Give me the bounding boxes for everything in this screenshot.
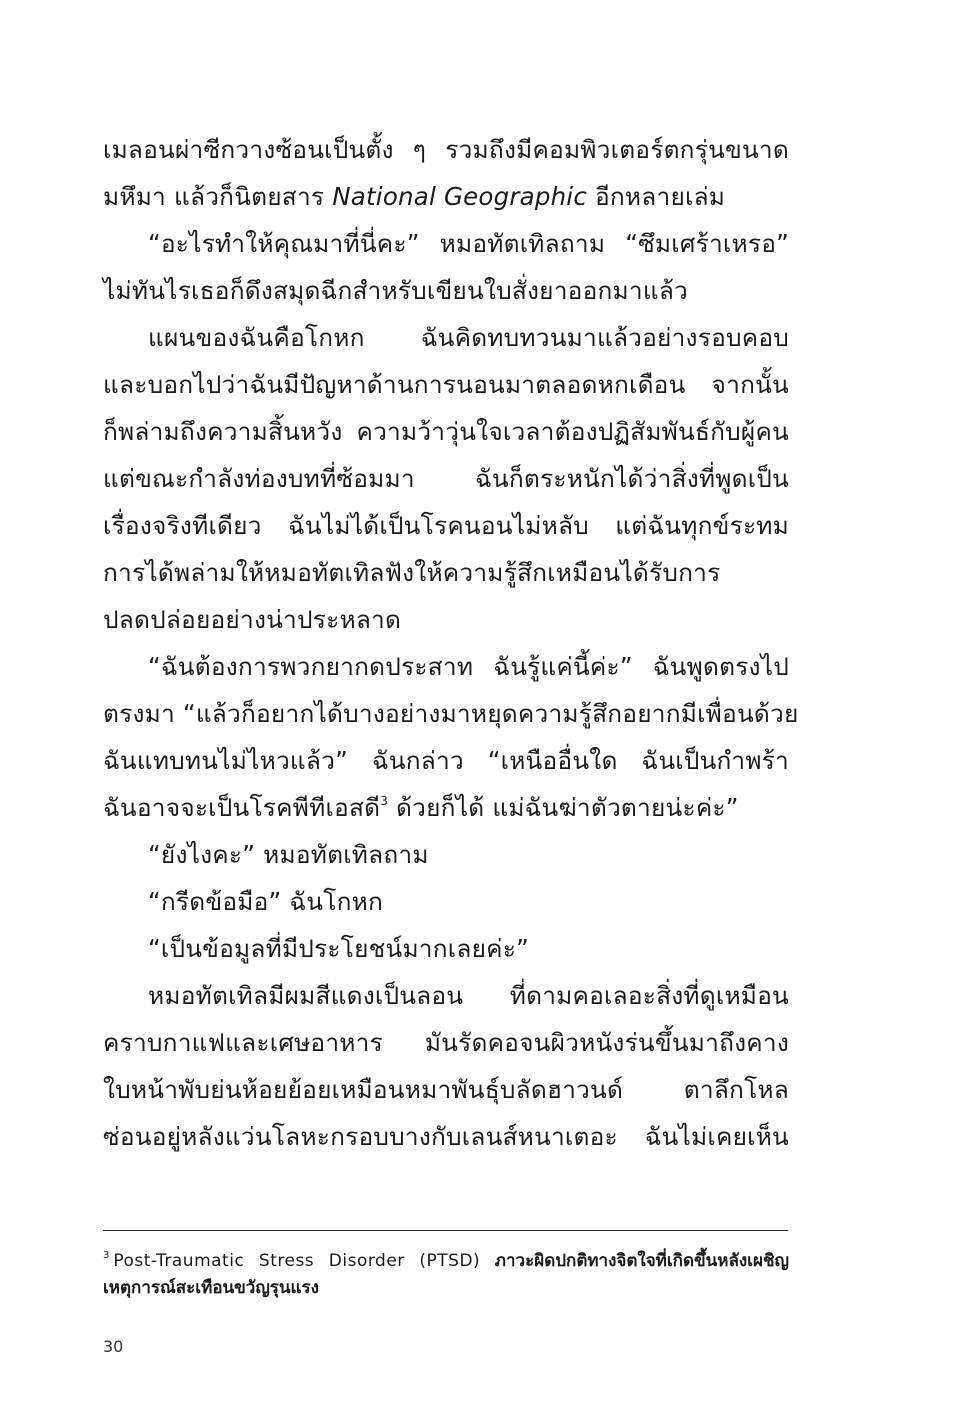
text-line: แผนของฉันคือโกหก ฉันคิดทบทวนมาแล้วอย่างร… — [103, 314, 789, 361]
text-fragment: ฉันอาจจะเป็นโรคพีทีเอสดี — [103, 793, 380, 822]
page-number: 30 — [103, 1337, 123, 1356]
text-line: “ยังไงคะ” หมอทัตเทิลถาม — [103, 831, 789, 878]
magazine-title: National Geographic — [332, 182, 587, 211]
text-line: เมลอนผ่าซีกวางซ้อนเป็นตั้ง ๆ รวมถึงมีคอม… — [103, 126, 789, 173]
text-line: “เป็นข้อมูลที่มีประโยชน์มากเลยค่ะ” — [103, 925, 789, 972]
footnote-line: เหตุการณ์สะเทือนขวัญรุนแรง — [103, 1275, 789, 1302]
text-line: ใบหน้าพับย่นห้อยย้อยเหมือนหมาพันธุ์บลัดฮ… — [103, 1066, 789, 1113]
footnote-marker: 3 — [103, 1250, 109, 1261]
text-fragment: ด้วยก็ได้ แม่ฉันฆ่าตัวตายน่ะค่ะ” — [388, 793, 739, 822]
footnote-english-term: Post-Traumatic Stress Disorder (PTSD) — [113, 1251, 480, 1271]
text-line: “ฉันต้องการพวกยากดประสาท ฉันรู้แค่นี้ค่ะ… — [103, 643, 789, 690]
text-line: การได้พล่ามให้หมอทัตเทิลฟังให้ความรู้สึก… — [103, 549, 789, 596]
text-line: “อะไรทำให้คุณมาที่นี่คะ” หมอทัตเทิลถาม “… — [103, 220, 789, 267]
footnote-divider — [103, 1230, 788, 1231]
footnote-line: 3Post-Traumatic Stress Disorder (PTSD) ภ… — [103, 1248, 789, 1275]
footnote: 3Post-Traumatic Stress Disorder (PTSD) ภ… — [103, 1248, 789, 1302]
text-line: ปลดปล่อยอย่างน่าประหลาด — [103, 596, 789, 643]
text-line: คราบกาแฟและเศษอาหาร มันรัดคอจนผิวหนังร่น… — [103, 1019, 789, 1066]
text-line: และบอกไปว่าฉันมีปัญหาด้านการนอนมาตลอดหกเ… — [103, 361, 789, 408]
text-line: เรื่องจริงทีเดียว ฉันไม่ได้เป็นโรคนอนไม่… — [103, 502, 789, 549]
text-fragment: มหึมา แล้วก็นิตยสาร — [103, 182, 332, 211]
text-line: ก็พล่ามถึงความสิ้นหวัง ความว้าวุ่นใจเวลา… — [103, 408, 789, 455]
footnote-thai-text: ภาวะผิดปกติทางจิตใจที่เกิดขึ้นหลังเผชิญ — [480, 1251, 789, 1271]
text-line: แต่ขณะกำลังท่องบทที่ซ้อมมา ฉันก็ตระหนักไ… — [103, 455, 789, 502]
footnote-reference[interactable]: 3 — [380, 794, 388, 808]
book-page-body: เมลอนผ่าซีกวางซ้อนเป็นตั้ง ๆ รวมถึงมีคอม… — [103, 126, 789, 1160]
text-line: มหึมา แล้วก็นิตยสาร National Geographic … — [103, 173, 789, 220]
text-line: ตรงมา “แล้วก็อยากได้บางอย่างมาหยุดความรู… — [103, 690, 789, 737]
text-line: ไม่ทันไรเธอก็ดึงสมุดฉีกสำหรับเขียนใบสั่ง… — [103, 267, 789, 314]
text-line: “กรีดข้อมือ” ฉันโกหก — [103, 878, 789, 925]
text-line: ฉันอาจจะเป็นโรคพีทีเอสดี3 ด้วยก็ได้ แม่ฉ… — [103, 784, 789, 831]
text-line: หมอทัตเทิลมีผมสีแดงเป็นลอน ที่ดามคอเลอะส… — [103, 972, 789, 1019]
text-line: ซ่อนอยู่หลังแว่นโลหะกรอบบางกับเลนส์หนาเต… — [103, 1113, 789, 1160]
text-line: ฉันแทบทนไม่ไหวแล้ว” ฉันกล่าว “เหนืออื่นใ… — [103, 737, 789, 784]
text-fragment: อีกหลายเล่ม — [587, 182, 725, 211]
